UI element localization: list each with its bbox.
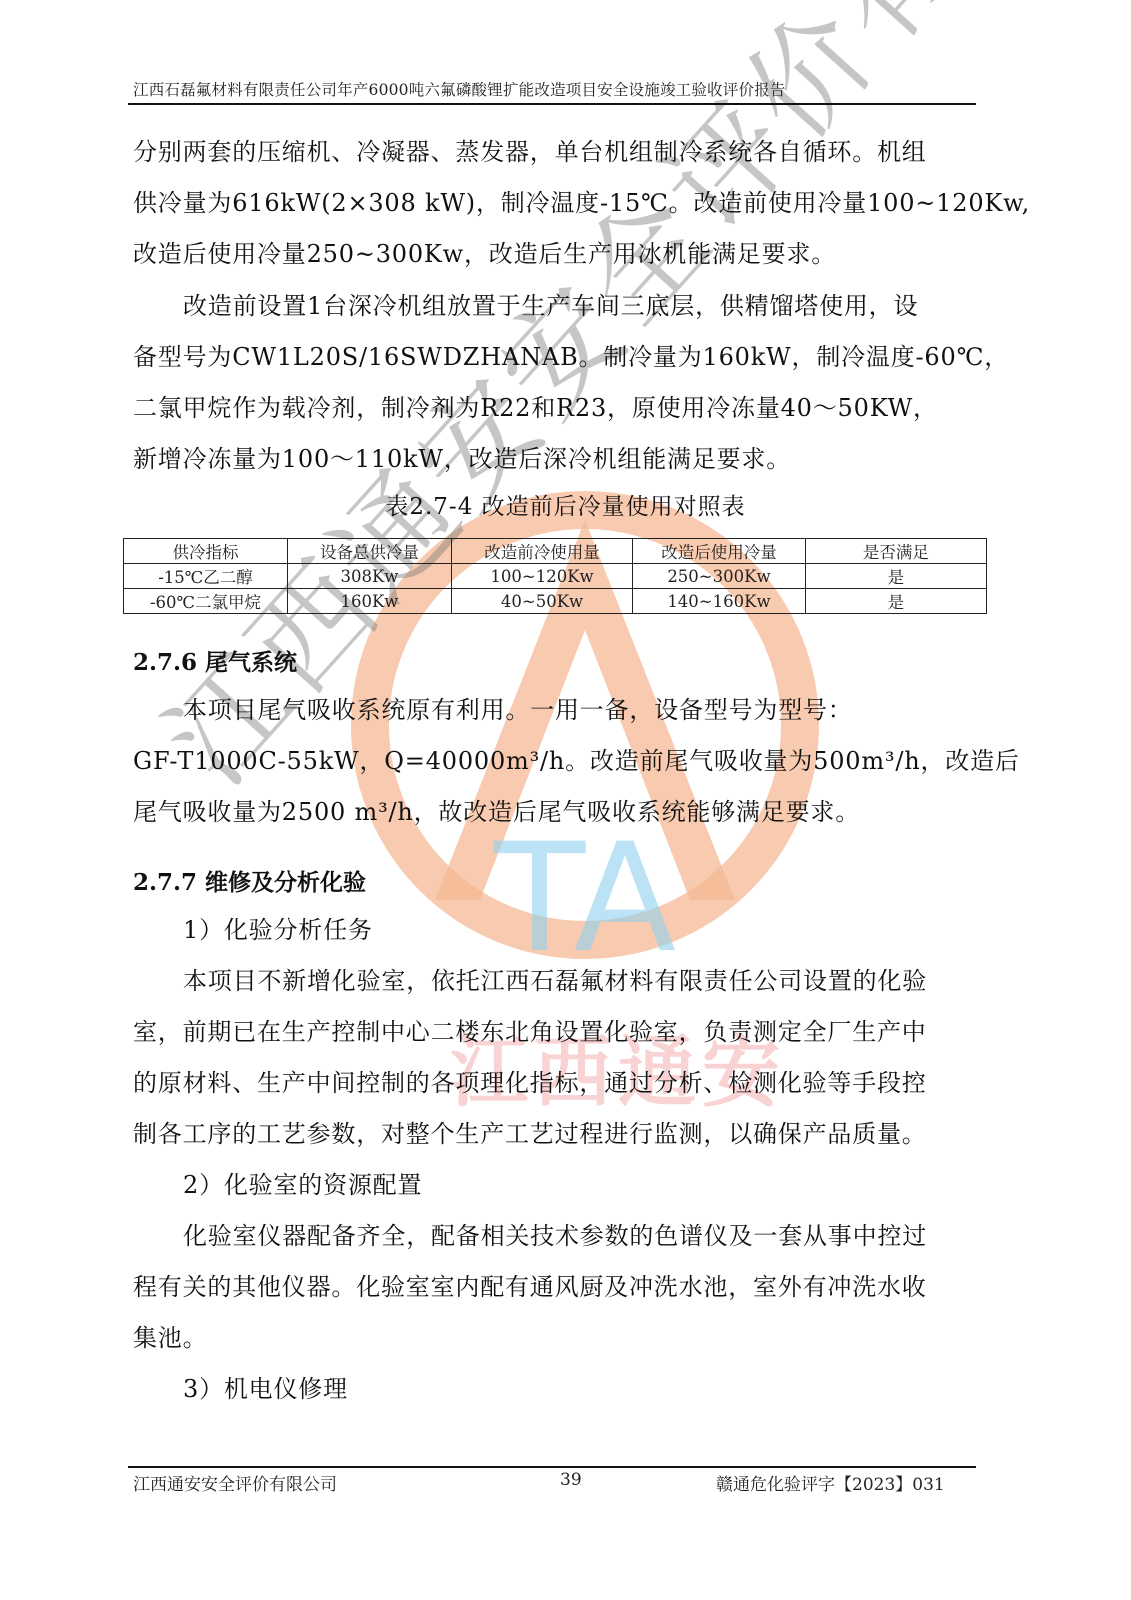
paragraph-line: 室，前期已在生产控制中心二楼东北角设置化验室，负责测定全厂生产中 [133, 1012, 927, 1047]
header-divider [128, 103, 976, 105]
table-header-row: 供冷指标 设备总供冷量 改造前冷使用量 改造后使用冷量 是否满足 [124, 539, 987, 564]
paragraph-line: 二氯甲烷作为载冷剂，制冷剂为R22和R23，原使用冷冻量40～50KW， [133, 388, 938, 423]
column-header: 设备总供冷量 [287, 539, 451, 564]
table-cell: -60℃二氯甲烷 [124, 589, 288, 614]
column-header: 是否满足 [805, 539, 986, 564]
footer-doc-number: 赣通危化验评字【2023】031 [716, 1470, 945, 1495]
paragraph-line: 供冷量为616kW(2×308 kW)，制冷温度-15℃。改造前使用冷量100~… [133, 183, 1030, 218]
document-page: TA 江西通安安全评价有限公司 江西通安 江西石磊氟材料有限责任公司年产6000… [0, 0, 1131, 1600]
table-cell: 是 [805, 564, 986, 589]
paragraph-line: 集池。 [133, 1318, 207, 1353]
table-cell: 250~300Kw [633, 564, 806, 589]
paragraph-line: 改造后使用冷量250~300Kw，改造后生产用冰机能满足要求。 [133, 234, 836, 269]
paragraph-line: 本项目尾气吸收系统原有利用。一用一备，设备型号为型号： [183, 690, 853, 725]
paragraph-line: 改造前设置1台深冷机组放置于生产车间三底层，供精馏塔使用，设 [183, 286, 918, 321]
page-number: 39 [560, 1470, 582, 1490]
running-header: 江西石磊氟材料有限责任公司年产6000吨六氟磷酸锂扩能改造项目安全设施竣工验收评… [133, 78, 975, 100]
footer-divider [128, 1466, 976, 1468]
paragraph-line: 新增冷冻量为100～110kW，改造后深冷机组能满足要求。 [133, 439, 791, 474]
paragraph-line: 本项目不新增化验室，依托江西石磊氟材料有限责任公司设置的化验 [183, 961, 927, 996]
table-cell: 是 [805, 589, 986, 614]
subheading-3: 3）机电仪修理 [183, 1369, 348, 1404]
table-row: -60℃二氯甲烷 160Kw 40~50Kw 140~160Kw 是 [124, 589, 987, 614]
section-heading-2-7-7: 2.7.7 维修及分析化验 [133, 864, 366, 897]
table-cell: 40~50Kw [451, 589, 632, 614]
paragraph-line: 分别两套的压缩机、冷凝器、蒸发器，单台机组制冷系统各自循环。机组 [133, 132, 927, 167]
table-cell: 160Kw [287, 589, 451, 614]
table-cell: 140~160Kw [633, 589, 806, 614]
column-header: 改造后使用冷量 [633, 539, 806, 564]
paragraph-line: 备型号为CW1L20S/16SWDZHANAB。制冷量为160kW，制冷温度-6… [133, 337, 1009, 372]
cooling-comparison-table: 供冷指标 设备总供冷量 改造前冷使用量 改造后使用冷量 是否满足 -15℃乙二醇… [123, 538, 987, 614]
paragraph-line: 化验室仪器配备齐全，配备相关技术参数的色谱仪及一套从事中控过 [183, 1216, 927, 1251]
column-header: 改造前冷使用量 [451, 539, 632, 564]
paragraph-line: 尾气吸收量为2500 m³/h，故改造后尾气吸收系统能够满足要求。 [133, 792, 860, 827]
table-cell: 100~120Kw [451, 564, 632, 589]
subheading-1: 1）化验分析任务 [183, 910, 373, 945]
paragraph-line: 的原材料、生产中间控制的各项理化指标，通过分析、检测化验等手段控 [133, 1063, 927, 1098]
subheading-2: 2）化验室的资源配置 [183, 1165, 422, 1200]
table-cell: 308Kw [287, 564, 451, 589]
column-header: 供冷指标 [124, 539, 288, 564]
footer-company: 江西通安安全评价有限公司 [133, 1470, 337, 1495]
paragraph-line: 程有关的其他仪器。化验室室内配有通风厨及冲洗水池，室外有冲洗水收 [133, 1267, 927, 1302]
table-row: -15℃乙二醇 308Kw 100~120Kw 250~300Kw 是 [124, 564, 987, 589]
section-heading-2-7-6: 2.7.6 尾气系统 [133, 644, 297, 677]
table-caption: 表2.7-4 改造前后冷量使用对照表 [0, 488, 1131, 521]
paragraph-line: GF-T1000C-55kW，Q=40000m³/h。改造前尾气吸收量为500m… [133, 741, 1020, 776]
paragraph-line: 制各工序的工艺参数，对整个生产工艺过程进行监测，以确保产品质量。 [133, 1114, 927, 1149]
table-cell: -15℃乙二醇 [124, 564, 288, 589]
